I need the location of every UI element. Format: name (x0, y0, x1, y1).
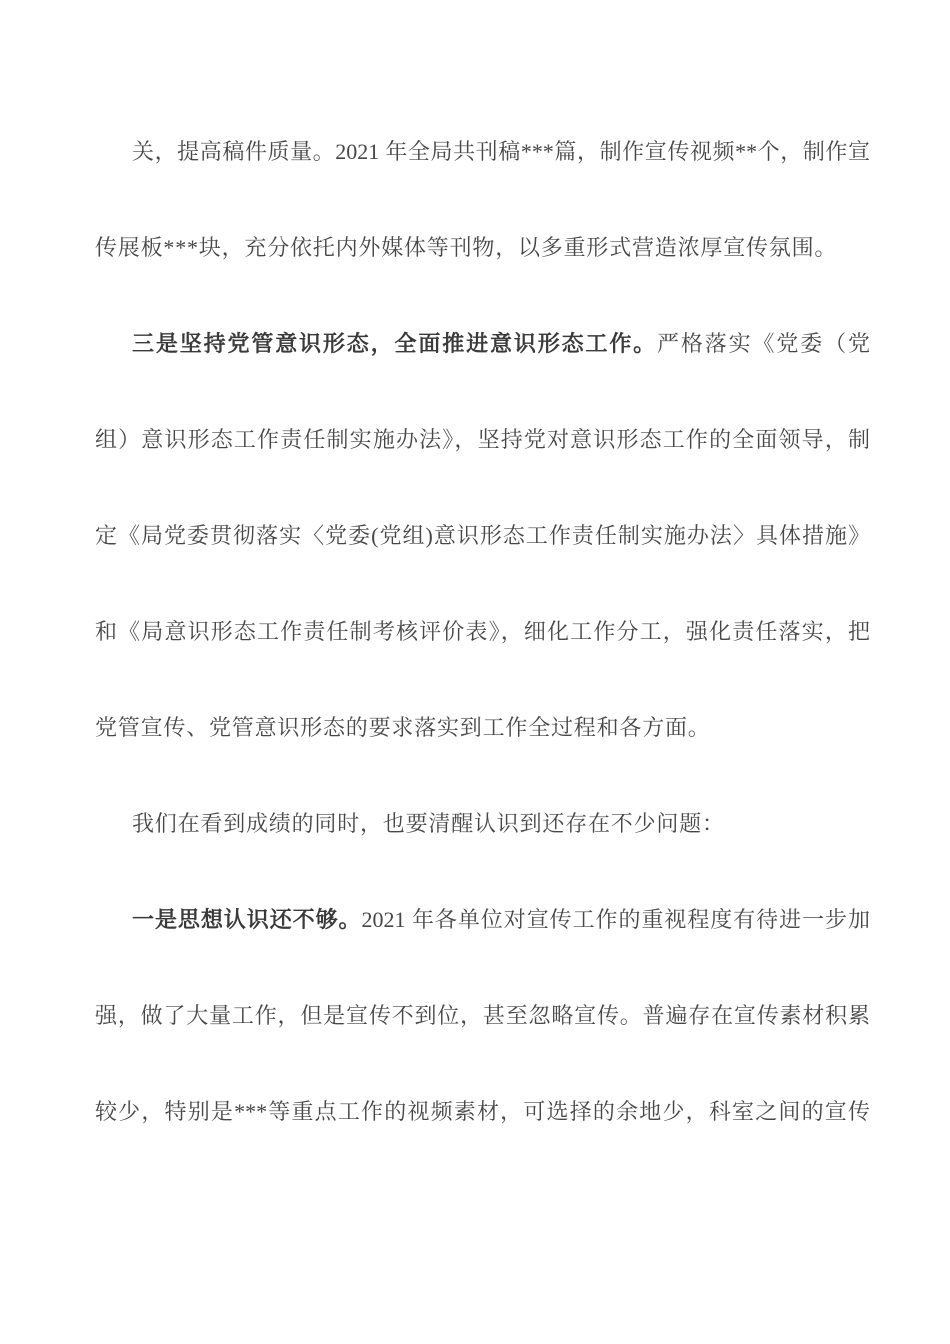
document-page: 关，提高稿件质量。2021 年全局共刊稿***篇，制作宣传视频**个，制作宣传展… (0, 0, 950, 1344)
text-run: 强，做了大量工作，但是宣传不到位，甚至忽略宣传。普遍存在宣传素材积累 (95, 1003, 870, 1028)
bold-run: 一是思想认识还不够。 (132, 907, 362, 932)
text-run: 党管宣传、党管意识形态的要求落实到工作全过程和各方面。 (95, 715, 711, 740)
text-line: 强，做了大量工作，但是宣传不到位，甚至忽略宣传。普遍存在宣传素材积累 (95, 968, 870, 1064)
text-run: 较少，特别是***等重点工作的视频素材，可选择的余地少，科室之间的宣传 (95, 1099, 870, 1124)
text-run: 我们在看到成绩的同时，也要清醒认识到还存在不少问题： (132, 811, 725, 836)
text-run: 传展板***块，充分依托内外媒体等刊物，以多重形式营造浓厚宣传氛围。 (95, 235, 837, 260)
text-line: 一是思想认识还不够。2021 年各单位对宣传工作的重视程度有待进一步加 (95, 872, 870, 968)
text-line: 定《局党委贯彻落实〈党委(党组)意识形态工作责任制实施办法〉具体措施》 (95, 488, 870, 584)
text-line: 传展板***块，充分依托内外媒体等刊物，以多重形式营造浓厚宣传氛围。 (95, 200, 870, 296)
text-run: 组）意识形态工作责任制实施办法》，坚持党对意识形态工作的全面领导，制 (95, 427, 870, 452)
text-line: 党管宣传、党管意识形态的要求落实到工作全过程和各方面。 (95, 680, 870, 776)
text-run: 2021 年各单位对宣传工作的重视程度有待进一步加 (362, 907, 870, 932)
text-run: 和《局意识形态工作责任制考核评价表》，细化工作分工，强化责任落实，把 (95, 619, 870, 644)
text-line: 关，提高稿件质量。2021 年全局共刊稿***篇，制作宣传视频**个，制作宣 (95, 104, 870, 200)
text-run: 关，提高稿件质量。2021 年全局共刊稿***篇，制作宣传视频**个，制作宣 (132, 139, 870, 164)
bold-run: 三是坚持党管意识形态，全面推进意识形态工作。 (132, 331, 657, 356)
text-line: 较少，特别是***等重点工作的视频素材，可选择的余地少，科室之间的宣传 (95, 1064, 870, 1160)
text-line: 三是坚持党管意识形态，全面推进意识形态工作。严格落实《党委（党 (95, 296, 870, 392)
text-run: 定《局党委贯彻落实〈党委(党组)意识形态工作责任制实施办法〉具体措施》 (95, 523, 870, 548)
text-line: 和《局意识形态工作责任制考核评价表》，细化工作分工，强化责任落实，把 (95, 584, 870, 680)
text-line: 组）意识形态工作责任制实施办法》，坚持党对意识形态工作的全面领导，制 (95, 392, 870, 488)
document-body: 关，提高稿件质量。2021 年全局共刊稿***篇，制作宣传视频**个，制作宣传展… (95, 104, 870, 1160)
text-line: 我们在看到成绩的同时，也要清醒认识到还存在不少问题： (95, 776, 870, 872)
text-run: 严格落实《党委（党 (657, 331, 870, 356)
